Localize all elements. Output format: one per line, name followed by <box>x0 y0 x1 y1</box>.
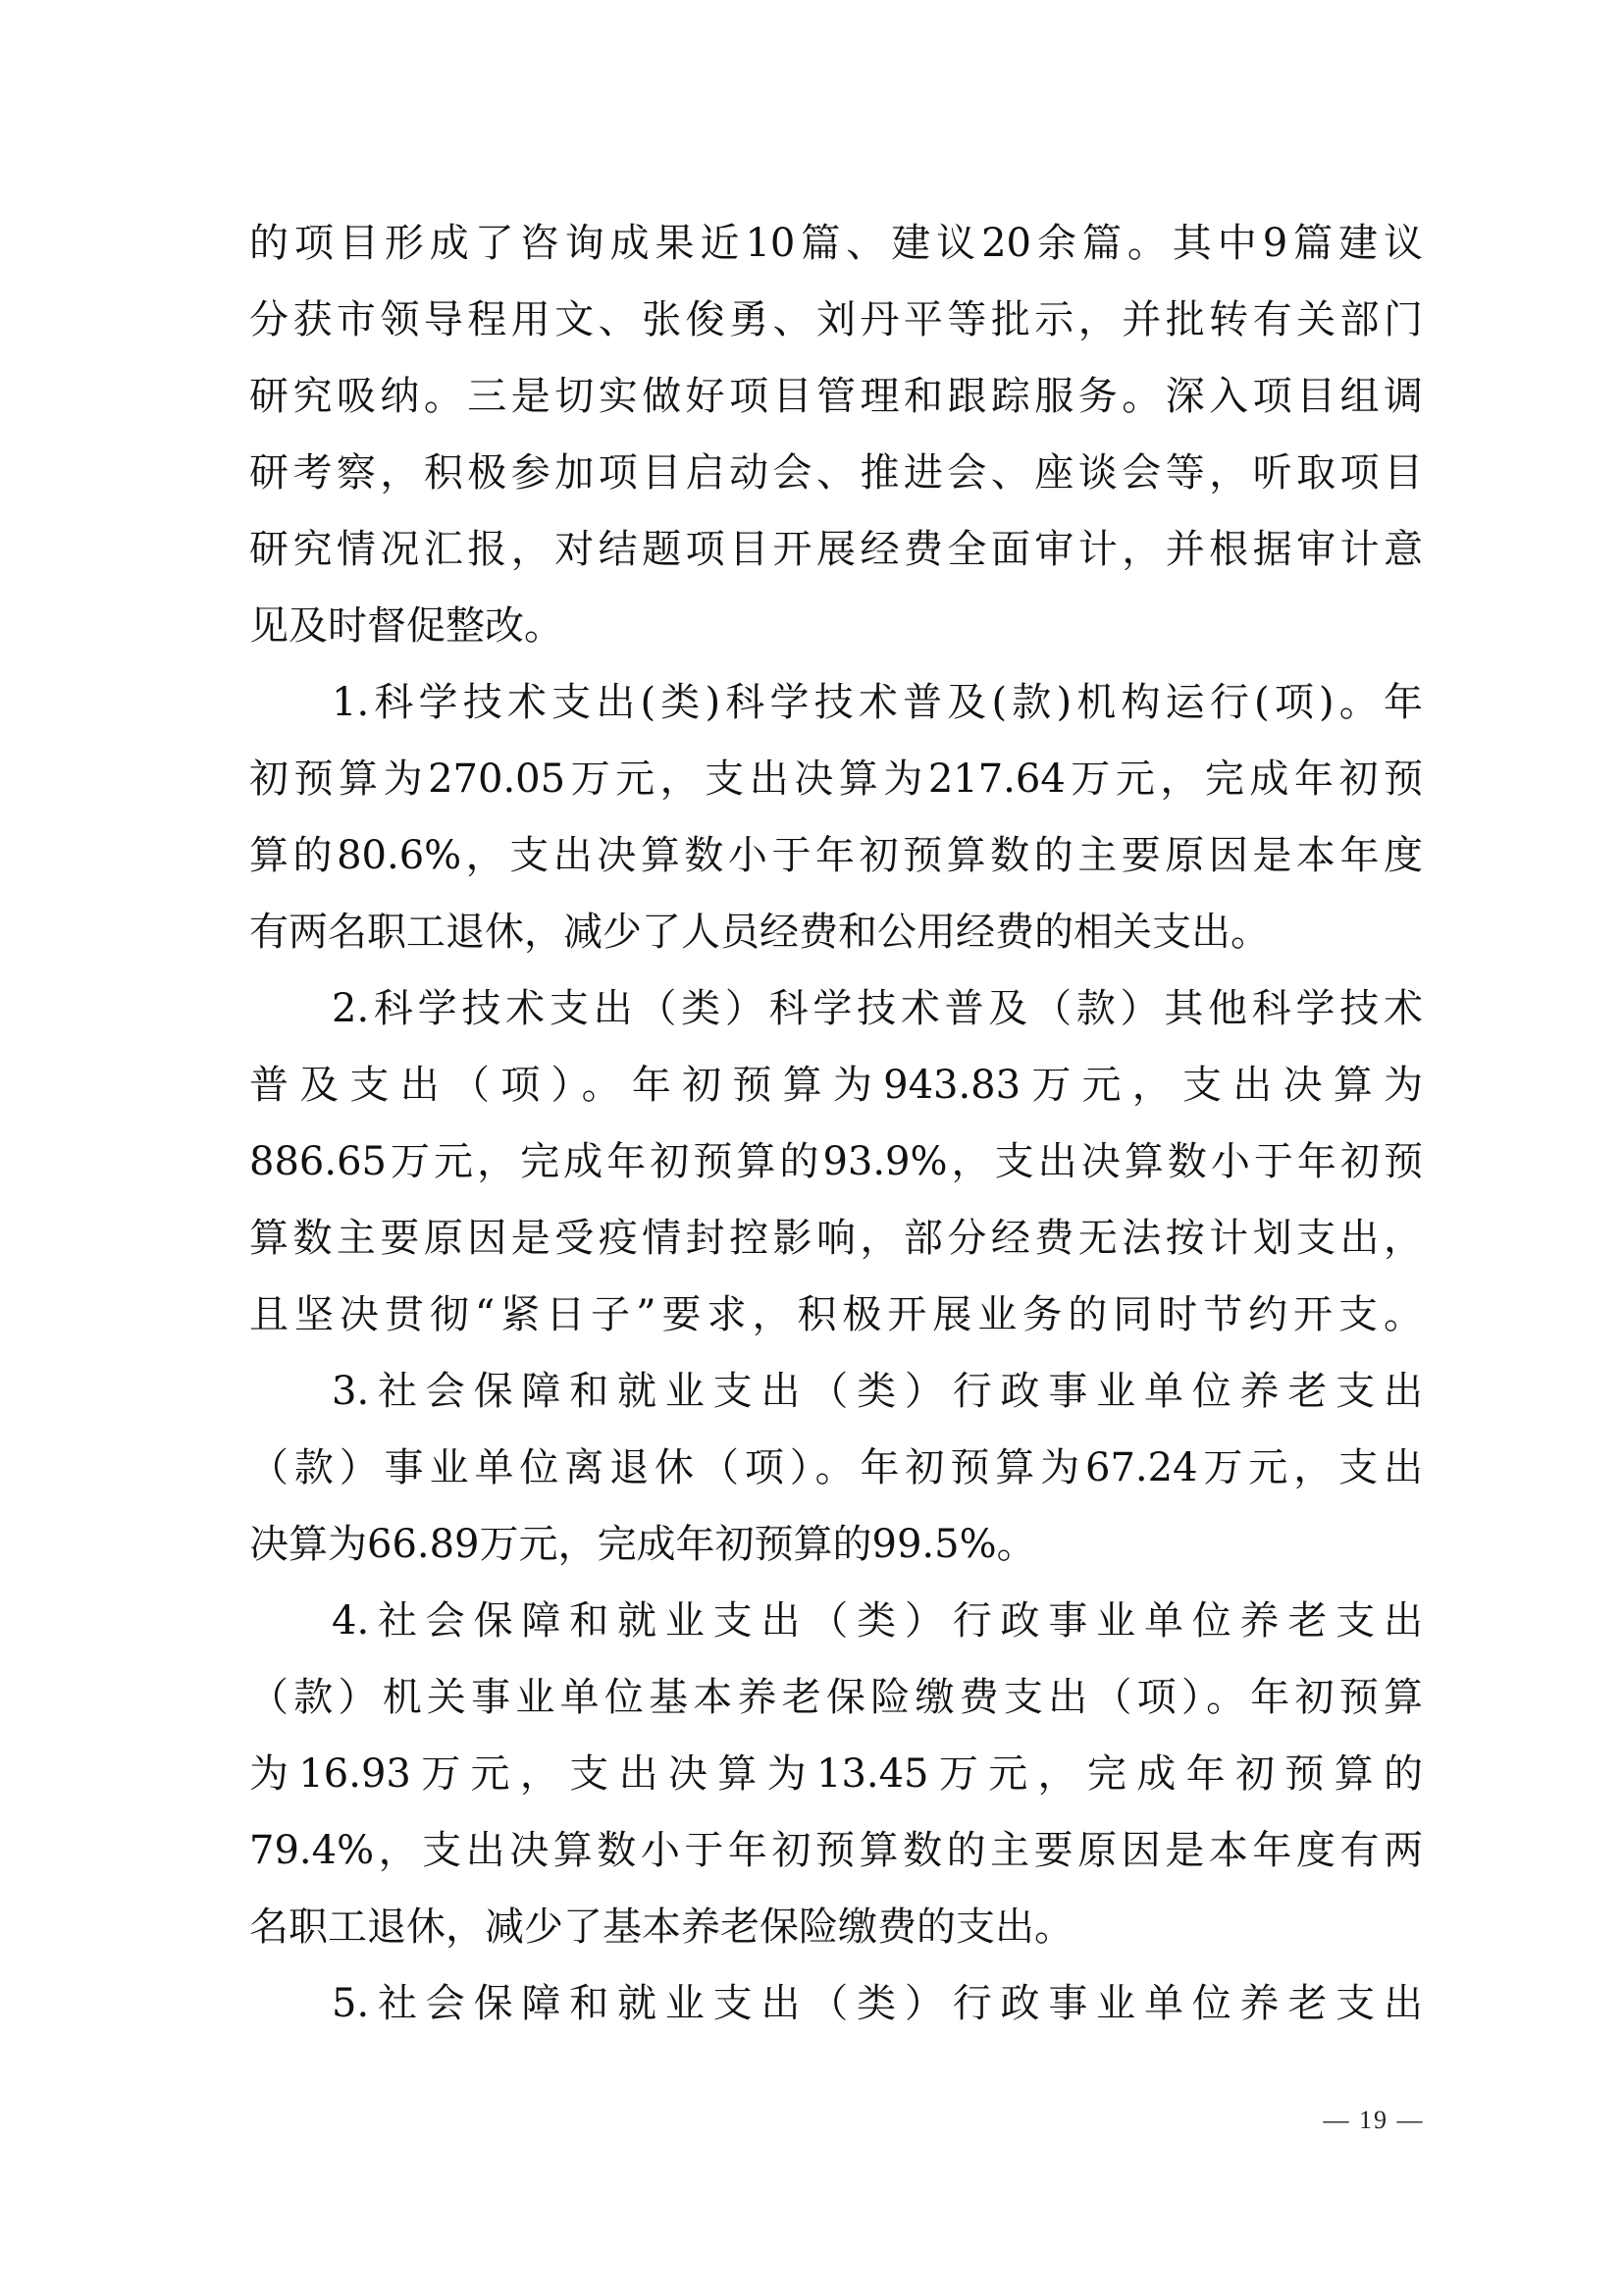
text-line: （款）事业单位离退休（项）。年初预算为67.24万元，支出 <box>249 1436 1423 1513</box>
text-line: 普及支出（项）。年初预算为943.83万元，支出决算为 <box>249 1054 1423 1130</box>
item-2-heading-line: 2.科学技术支出（类）科学技术普及（款）其他科学技术 <box>249 977 1423 1054</box>
text-line: 为16.93万元，支出决算为13.45万元，完成年初预算的 <box>249 1743 1423 1819</box>
text-line: 初预算为270.05万元，支出决算为217.64万元，完成年初预 <box>249 748 1423 824</box>
text-line: 79.4%，支出决算数小于年初预算数的主要原因是本年度有两 <box>249 1819 1423 1896</box>
body-text: 的项目形成了咨询成果近10篇、建议20余篇。其中9篇建议 分获市领导程用文、张俊… <box>249 212 1423 2049</box>
text-line: 研考察，积极参加项目启动会、推进会、座谈会等，听取项目 <box>249 442 1423 518</box>
text-line: 的项目形成了咨询成果近10篇、建议20余篇。其中9篇建议 <box>249 212 1423 288</box>
text-line: 分获市领导程用文、张俊勇、刘丹平等批示，并批转有关部门 <box>249 288 1423 365</box>
text-line: （款）机关事业单位基本养老保险缴费支出（项）。年初预算 <box>249 1666 1423 1743</box>
text-line: 算的80.6%，支出决算数小于年初预算数的主要原因是本年度 <box>249 824 1423 901</box>
item-3-heading-line: 3.社会保障和就业支出（类）行政事业单位养老支出 <box>249 1360 1423 1436</box>
text-line: 研究吸纳。三是切实做好项目管理和跟踪服务。深入项目组调 <box>249 365 1423 442</box>
item-4-heading-line: 4.社会保障和就业支出（类）行政事业单位养老支出 <box>249 1590 1423 1666</box>
text-line: 且坚决贯彻“紧日子”要求，积极开展业务的同时节约开支。 <box>249 1283 1423 1360</box>
item-5-heading-line: 5.社会保障和就业支出（类）行政事业单位养老支出 <box>249 1972 1423 2049</box>
text-line: 算数主要原因是受疫情封控影响，部分经费无法按计划支出， <box>249 1207 1423 1283</box>
document-page: 的项目形成了咨询成果近10篇、建议20余篇。其中9篇建议 分获市领导程用文、张俊… <box>0 0 1624 2296</box>
text-line: 决算为66.89万元，完成年初预算的99.5%。 <box>249 1513 1423 1590</box>
item-1-heading-line: 1.科学技术支出(类)科学技术普及(款)机构运行(项)。年 <box>249 671 1423 748</box>
page-number: — 19 — <box>1305 2106 1442 2135</box>
text-line: 见及时督促整改。 <box>249 595 1423 671</box>
text-line: 名职工退休，减少了基本养老保险缴费的支出。 <box>249 1896 1423 1972</box>
text-line: 有两名职工退休，减少了人员经费和公用经费的相关支出。 <box>249 901 1423 977</box>
text-line: 886.65万元，完成年初预算的93.9%，支出决算数小于年初预 <box>249 1130 1423 1207</box>
text-line: 研究情况汇报，对结题项目开展经费全面审计，并根据审计意 <box>249 518 1423 595</box>
